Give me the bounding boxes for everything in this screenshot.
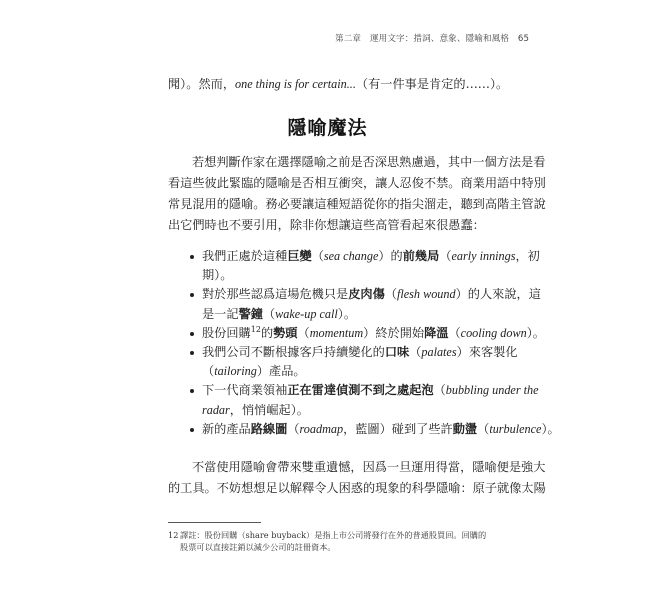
page-number: 65 (518, 34, 529, 44)
paragraph-line: 的工具。不妨想想足以解釋令人困惑的現象的科學隱喻：原子就像太陽 (168, 478, 500, 499)
page-header: 第二章 運用文字：措詞、意象、隱喻和風格 65 (335, 32, 505, 44)
bullet-item: 我們公司不斷根據客戶持續變化的口味（palates）來客製化 （tailorin… (189, 343, 500, 381)
intro-prefix: 聞）。然而， (168, 77, 235, 91)
bullet-item: 我們正處於這種巨變（sea change）的前幾局（early innings，… (189, 247, 500, 285)
footnote: 12譯註：股份回購（share buyback）是指上市公司將發行在外的普通股買… (168, 529, 500, 553)
chapter-title: 運用文字：措詞、意象、隱喻和風格 (370, 34, 509, 44)
footnote-text-line-1: 譯註：股份回購（share buyback）是指上市公司將發行在外的普通股買回。… (180, 530, 486, 540)
intro-italic-phrase: one thing is for certain... (235, 77, 356, 91)
footnote-divider (168, 522, 261, 523)
intro-suffix: （有一件事是肯定的……）。 (356, 77, 508, 91)
bullet-item: 新的產品路線圖（roadmap，藍圖）碰到了些許動盪（turbulence）。 (189, 420, 500, 439)
bullet-item: 對於那些認爲這場危機只是皮肉傷（flesh wound）的人來說，這 是一記警鐘… (189, 285, 500, 323)
paragraph-line: 不當使用隱喻會帶來雙重遺憾，因爲一旦運用得當，隱喻便是強大 (168, 457, 500, 478)
paragraph-line: 看這些彼此緊臨的隱喻是否相互衝突，讓人忍俊不禁。商業用語中特別 (168, 173, 500, 194)
example-bullet-list: 我們正處於這種巨變（sea change）的前幾局（early innings，… (189, 247, 500, 439)
bullet-item: 下一代商業領袖正在雷達偵測不到之處起泡（bubbling under the r… (189, 381, 500, 419)
paragraph-line: 若想判斷作家在選擇隱喻之前是否深思熟慮過，其中一個方法是看 (168, 152, 500, 173)
footnote-number: 12 (168, 529, 180, 541)
paragraph-line: 出它們時也不要引用，除非你想讓這些高管看起來很愚蠢： (168, 215, 500, 236)
footnote-ref[interactable]: 12 (251, 325, 261, 334)
footnote-text-line-2: 股票可以直接註銷以減少公司的註冊資本。 (168, 541, 500, 553)
intro-line: 聞）。然而，one thing is for certain...（有一件事是肯… (168, 74, 500, 95)
paragraph-2: 不當使用隱喻會帶來雙重遺憾，因爲一旦運用得當，隱喻便是強大 的工具。不妨想想足以… (168, 457, 500, 499)
paragraph-1: 若想判斷作家在選擇隱喻之前是否深思熟慮過，其中一個方法是看 看這些彼此緊臨的隱喻… (168, 152, 500, 236)
section-title: 隱喻魔法 (0, 113, 655, 140)
paragraph-line: 常見混用的隱喻。務必要讓這種短語從你的指尖溜走，聽到高階主管說 (168, 194, 500, 215)
bullet-item: 股份回購12的勢頭（momentum）終於開始降溫（cooling down）。 (189, 324, 500, 343)
chapter-label: 第二章 (335, 34, 361, 44)
